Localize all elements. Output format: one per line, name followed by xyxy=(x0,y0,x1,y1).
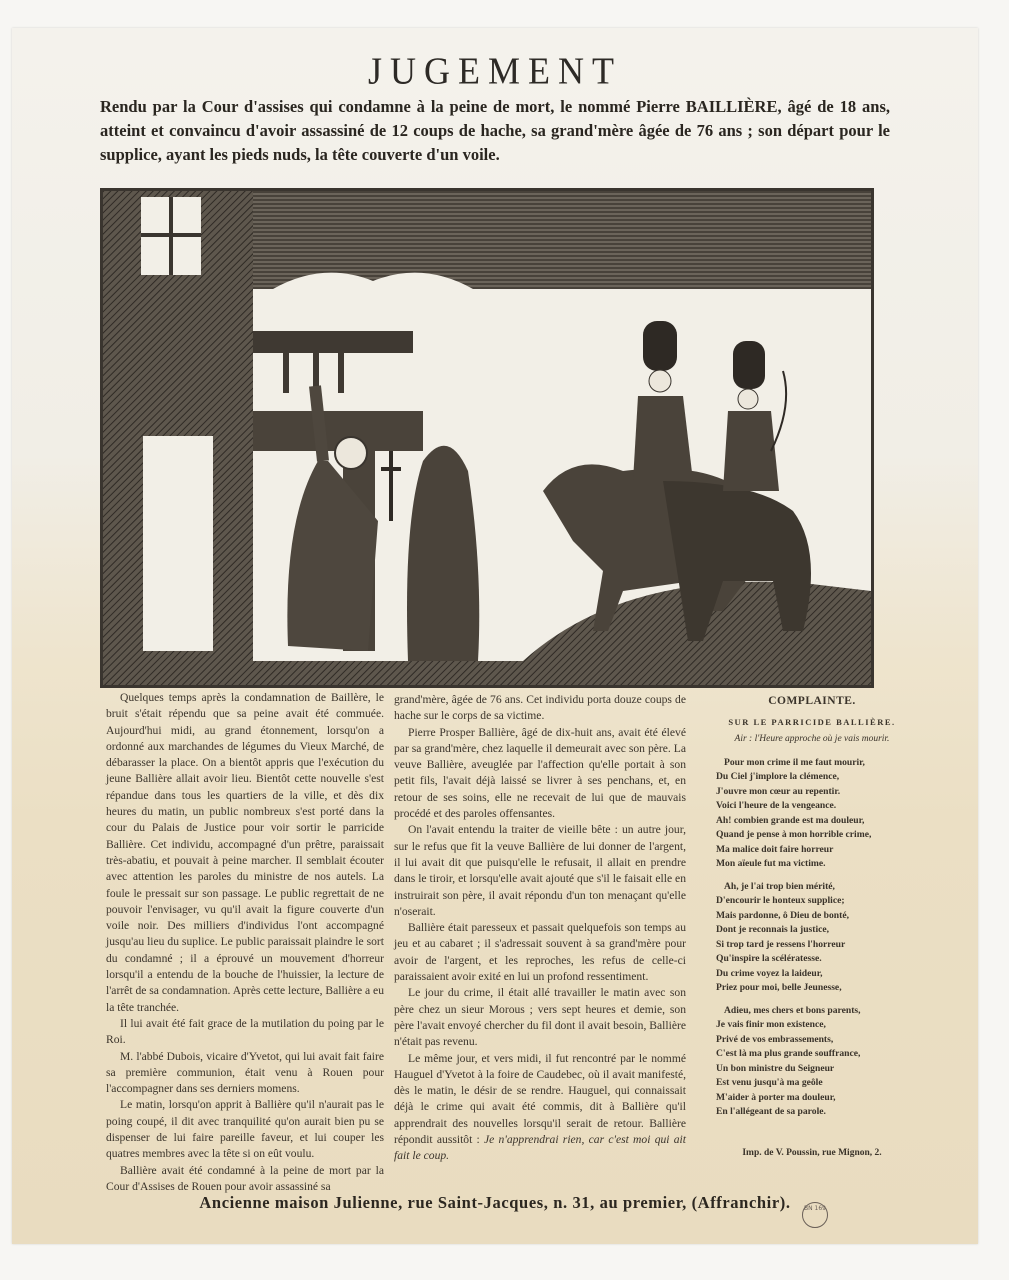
verse-line: J'ouvre mon cœur au repentir. xyxy=(702,785,922,800)
paragraph: M. l'abbé Dubois, vicaire d'Yvetot, qui … xyxy=(106,1049,384,1098)
verse-line: Ah, je l'ai trop bien mérité, xyxy=(702,880,922,895)
paragraph: Le matin, lorsqu'on apprit à Ballière qu… xyxy=(106,1097,384,1162)
stanza-1: Pour mon crime il me faut mourir, Du Cie… xyxy=(702,756,922,872)
paragraph: Le jour du crime, il était allé travaill… xyxy=(394,985,686,1050)
article-column-1: Quelques temps après la condamnation de … xyxy=(106,690,384,1195)
verse-line: Adieu, mes chers et bons parents, xyxy=(702,1004,922,1019)
verse-line: Dont je reconnais la justice, xyxy=(702,923,922,938)
verse-line: Voici l'heure de la vengeance. xyxy=(702,799,922,814)
verse-line: Ma malice doit faire horreur xyxy=(702,843,922,858)
paragraph: Le même jour, et vers midi, il fut renco… xyxy=(394,1051,686,1165)
paragraph: Quelques temps après la condamnation de … xyxy=(106,690,384,1016)
verse-line: C'est là ma plus grande souffrance, xyxy=(702,1047,922,1062)
verse-line: Qu'inspire la scélératesse. xyxy=(702,952,922,967)
complainte-air: Air : l'Heure approche où je vais mourir… xyxy=(702,732,922,747)
paragraph: Ballière était paresseux et passait quel… xyxy=(394,920,686,985)
paragraph: Il lui avait été fait grace de la mutila… xyxy=(106,1016,384,1049)
verse-line: Mais pardonne, ô Dieu de bonté, xyxy=(702,909,922,924)
verse-line: Priez pour moi, belle Jeunesse, xyxy=(702,981,922,996)
paragraph: Pierre Prosper Ballière, âgé de dix-huit… xyxy=(394,725,686,823)
verse-line: Privé de vos embrassements, xyxy=(702,1033,922,1048)
verse-line: Quand je pense à mon horrible crime, xyxy=(702,828,922,843)
paragraph: On l'avait entendu la traiter de vieille… xyxy=(394,822,686,920)
library-stamp-icon: BN 169 xyxy=(802,1202,828,1228)
verse-line: Est venu jusqu'à ma geôle xyxy=(702,1076,922,1091)
woodcut-illustration xyxy=(100,188,874,688)
paragraph: grand'mère, âgée de 76 ans. Cet individu… xyxy=(394,692,686,725)
verse-line: D'encourir le honteux supplice; xyxy=(702,894,922,909)
stanza-3: Adieu, mes chers et bons parents, Je vai… xyxy=(702,1004,922,1120)
stanza-2: Ah, je l'ai trop bien mérité, D'encourir… xyxy=(702,880,922,996)
page-title: JUGEMENT xyxy=(12,49,978,93)
verse-line: Je vais finir mon existence, xyxy=(702,1018,922,1033)
verse-line: Si trop tard je ressens l'horreur xyxy=(702,938,922,953)
verse-line: Du Ciel j'implore la clémence, xyxy=(702,770,922,785)
verse-line: Mon aïeule fut ma victime. xyxy=(702,857,922,872)
woodcut-scene-icon xyxy=(103,191,871,685)
verse-line: Un bon ministre du Seigneur xyxy=(702,1062,922,1077)
verse-line: Ah! combien grande est ma douleur, xyxy=(702,814,922,829)
verse-line: Du crime voyez la laideur, xyxy=(702,967,922,982)
paragraph-text: Le même jour, et vers midi, il fut renco… xyxy=(394,1052,686,1146)
complainte-subtitle: SUR LE PARRICIDE BALLIÈRE. xyxy=(702,715,922,730)
verse-line: M'aider à porter ma douleur, xyxy=(702,1091,922,1106)
article-column-2: grand'mère, âgée de 76 ans. Cet individu… xyxy=(394,692,686,1165)
complainte-title: COMPLAINTE. xyxy=(702,694,922,709)
verse-line: Pour mon crime il me faut mourir, xyxy=(702,756,922,771)
publisher-footer: Ancienne maison Julienne, rue Saint-Jacq… xyxy=(12,1193,978,1213)
subtitle: Rendu par la Cour d'assises qui condamne… xyxy=(100,95,890,167)
paragraph: Ballière avait été condamné à la peine d… xyxy=(106,1163,384,1196)
verse-line: En l'allégeant de sa parole. xyxy=(702,1105,922,1120)
printer-imprint: Imp. de V. Poussin, rue Mignon, 2. xyxy=(702,1146,922,1161)
complainte-column: COMPLAINTE. SUR LE PARRICIDE BALLIÈRE. A… xyxy=(702,694,922,1160)
broadside-sheet: JUGEMENT Rendu par la Cour d'assises qui… xyxy=(12,28,978,1244)
